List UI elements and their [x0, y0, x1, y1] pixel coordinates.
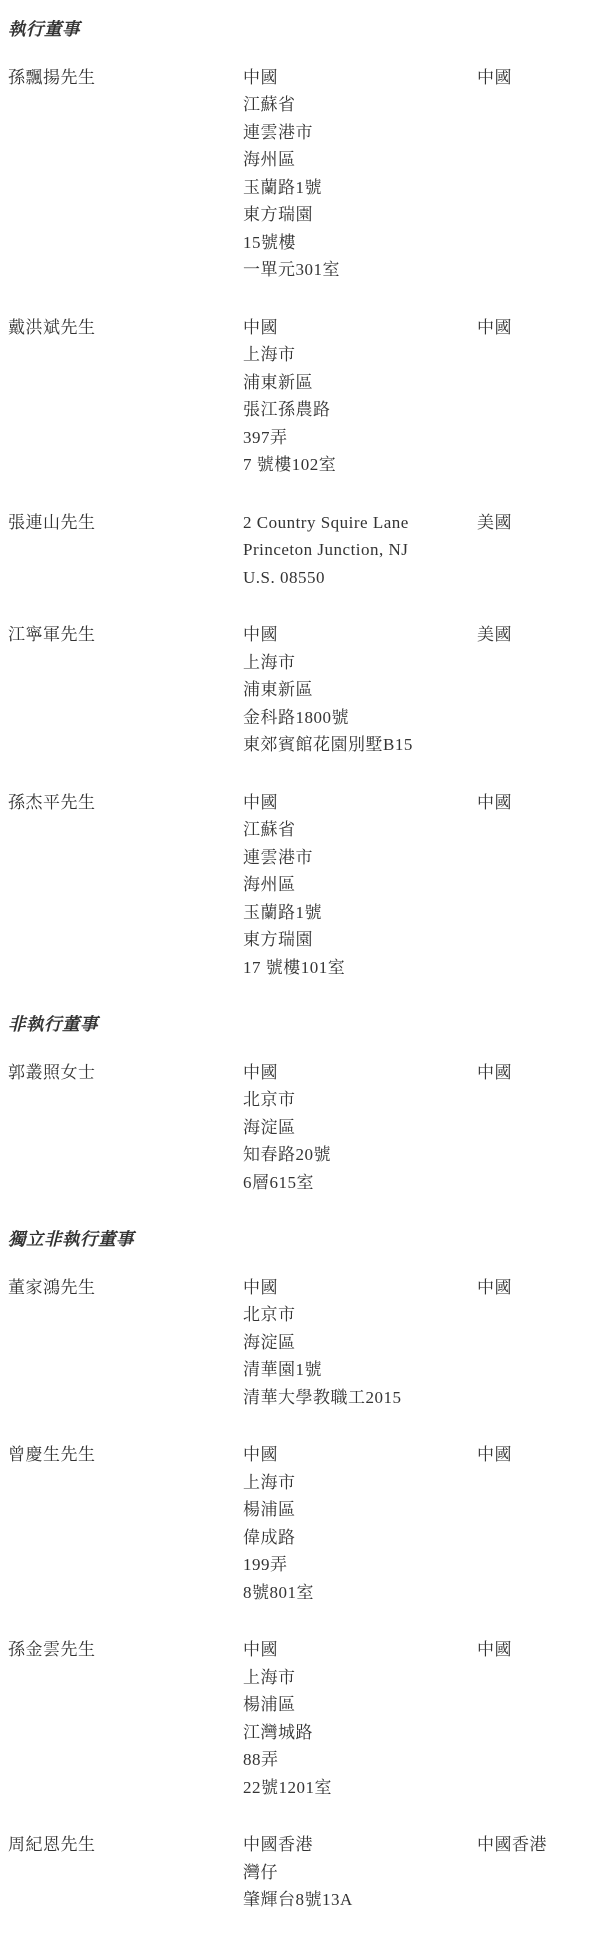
address-line: 上海市 — [243, 1469, 477, 1497]
director-address: 中國江蘇省連雲港市海州區玉蘭路1號東方瑞園17 號樓101室 — [243, 789, 477, 982]
director-section: 獨立非執行董事 董家鴻先生 中國北京市海淀區清華園1號清華大學教職工2015 中… — [8, 1226, 590, 1914]
address-line: 偉成路 — [243, 1524, 477, 1552]
director-address: 中國北京市海淀區知春路20號6層615室 — [243, 1059, 477, 1197]
address-line: 張江孫農路 — [243, 396, 477, 424]
director-name: 江寧軍先生 — [8, 621, 243, 649]
address-line: 海州區 — [243, 146, 477, 174]
address-line: 江灣城路 — [243, 1719, 477, 1747]
director-address: 中國上海市楊浦區偉成路199弄8號801室 — [243, 1441, 477, 1606]
director-nationality: 中國香港 — [477, 1831, 590, 1859]
director-row: 孫杰平先生 中國江蘇省連雲港市海州區玉蘭路1號東方瑞園17 號樓101室 中國 — [8, 789, 590, 982]
director-name: 孫杰平先生 — [8, 789, 243, 817]
address-line: 中國香港 — [243, 1831, 477, 1859]
address-line: 15號樓 — [243, 229, 477, 257]
address-line: 中國 — [243, 314, 477, 342]
address-line: 中國 — [243, 789, 477, 817]
address-line: 上海市 — [243, 1664, 477, 1692]
director-row: 孫飄揚先生 中國江蘇省連雲港市海州區玉蘭路1號東方瑞園15號樓一單元301室 中… — [8, 64, 590, 284]
director-nationality: 中國 — [477, 1059, 590, 1087]
director-nationality: 中國 — [477, 1441, 590, 1469]
address-line: 17 號樓101室 — [243, 954, 477, 982]
address-line: 楊浦區 — [243, 1691, 477, 1719]
address-line: 連雲港市 — [243, 844, 477, 872]
address-line: 6層615室 — [243, 1169, 477, 1197]
address-line: 海淀區 — [243, 1329, 477, 1357]
address-line: 金科路1800號 — [243, 704, 477, 732]
address-line: 中國 — [243, 1059, 477, 1087]
address-line: 397弄 — [243, 424, 477, 452]
director-nationality: 美國 — [477, 509, 590, 537]
address-line: 東方瑞園 — [243, 926, 477, 954]
address-line: 中國 — [243, 64, 477, 92]
address-line: Princeton Junction, NJ — [243, 536, 477, 564]
director-address: 中國香港灣仔肇輝台8號13A — [243, 1831, 477, 1914]
director-name: 曾慶生先生 — [8, 1441, 243, 1469]
director-row: 董家鴻先生 中國北京市海淀區清華園1號清華大學教職工2015 中國 — [8, 1274, 590, 1412]
address-line: 肇輝台8號13A — [243, 1886, 477, 1914]
section-heading: 執行董事 — [8, 16, 590, 44]
address-line: 7 號樓102室 — [243, 451, 477, 479]
director-name: 張連山先生 — [8, 509, 243, 537]
address-line: 東方瑞園 — [243, 201, 477, 229]
address-line: 8號801室 — [243, 1579, 477, 1607]
address-line: 北京市 — [243, 1086, 477, 1114]
section-rows: 孫飄揚先生 中國江蘇省連雲港市海州區玉蘭路1號東方瑞園15號樓一單元301室 中… — [8, 64, 590, 982]
address-line: 江蘇省 — [243, 816, 477, 844]
director-row: 江寧軍先生 中國上海市浦東新區金科路1800號東郊賓館花園別墅B15 美國 — [8, 621, 590, 759]
address-line: U.S. 08550 — [243, 564, 477, 592]
address-line: 中國 — [243, 1636, 477, 1664]
director-name: 周紀恩先生 — [8, 1831, 243, 1859]
address-line: 一單元301室 — [243, 256, 477, 284]
director-nationality: 中國 — [477, 1274, 590, 1302]
director-nationality: 中國 — [477, 789, 590, 817]
director-row: 孫金雲先生 中國上海市楊浦區江灣城路88弄22號1201室 中國 — [8, 1636, 590, 1801]
address-line: 199弄 — [243, 1551, 477, 1579]
director-address: 中國上海市浦東新區金科路1800號東郊賓館花園別墅B15 — [243, 621, 477, 759]
directors-list: 執行董事 孫飄揚先生 中國江蘇省連雲港市海州區玉蘭路1號東方瑞園15號樓一單元3… — [0, 0, 600, 1914]
address-line: 東郊賓館花園別墅B15 — [243, 731, 477, 759]
address-line: 2 Country Squire Lane — [243, 509, 477, 537]
section-heading: 獨立非執行董事 — [8, 1226, 590, 1254]
address-line: 浦東新區 — [243, 369, 477, 397]
address-line: 連雲港市 — [243, 119, 477, 147]
address-line: 江蘇省 — [243, 91, 477, 119]
director-name: 孫金雲先生 — [8, 1636, 243, 1664]
director-name: 郭叢照女士 — [8, 1059, 243, 1087]
address-line: 楊浦區 — [243, 1496, 477, 1524]
address-line: 上海市 — [243, 649, 477, 677]
director-nationality: 中國 — [477, 314, 590, 342]
address-line: 海州區 — [243, 871, 477, 899]
address-line: 灣仔 — [243, 1859, 477, 1887]
address-line: 北京市 — [243, 1301, 477, 1329]
address-line: 中國 — [243, 1274, 477, 1302]
director-address: 中國北京市海淀區清華園1號清華大學教職工2015 — [243, 1274, 477, 1412]
address-line: 清華園1號 — [243, 1356, 477, 1384]
director-section: 執行董事 孫飄揚先生 中國江蘇省連雲港市海州區玉蘭路1號東方瑞園15號樓一單元3… — [8, 16, 590, 981]
address-line: 上海市 — [243, 341, 477, 369]
director-row: 周紀恩先生 中國香港灣仔肇輝台8號13A 中國香港 — [8, 1831, 590, 1914]
section-rows: 董家鴻先生 中國北京市海淀區清華園1號清華大學教職工2015 中國 曾慶生先生 … — [8, 1274, 590, 1914]
director-nationality: 中國 — [477, 1636, 590, 1664]
director-nationality: 中國 — [477, 64, 590, 92]
director-row: 張連山先生 2 Country Squire LanePrinceton Jun… — [8, 509, 590, 592]
section-heading: 非執行董事 — [8, 1011, 590, 1039]
director-row: 郭叢照女士 中國北京市海淀區知春路20號6層615室 中國 — [8, 1059, 590, 1197]
director-name: 戴洪斌先生 — [8, 314, 243, 342]
director-name: 孫飄揚先生 — [8, 64, 243, 92]
address-line: 中國 — [243, 621, 477, 649]
address-line: 22號1201室 — [243, 1774, 477, 1802]
address-line: 中國 — [243, 1441, 477, 1469]
director-address: 中國江蘇省連雲港市海州區玉蘭路1號東方瑞園15號樓一單元301室 — [243, 64, 477, 284]
address-line: 知春路20號 — [243, 1141, 477, 1169]
director-address: 中國上海市浦東新區張江孫農路397弄7 號樓102室 — [243, 314, 477, 479]
address-line: 玉蘭路1號 — [243, 899, 477, 927]
address-line: 浦東新區 — [243, 676, 477, 704]
address-line: 清華大學教職工2015 — [243, 1384, 477, 1412]
director-address: 2 Country Squire LanePrinceton Junction,… — [243, 509, 477, 592]
address-line: 海淀區 — [243, 1114, 477, 1142]
section-rows: 郭叢照女士 中國北京市海淀區知春路20號6層615室 中國 — [8, 1059, 590, 1197]
director-address: 中國上海市楊浦區江灣城路88弄22號1201室 — [243, 1636, 477, 1801]
director-name: 董家鴻先生 — [8, 1274, 243, 1302]
director-section: 非執行董事 郭叢照女士 中國北京市海淀區知春路20號6層615室 中國 — [8, 1011, 590, 1196]
director-row: 戴洪斌先生 中國上海市浦東新區張江孫農路397弄7 號樓102室 中國 — [8, 314, 590, 479]
director-row: 曾慶生先生 中國上海市楊浦區偉成路199弄8號801室 中國 — [8, 1441, 590, 1606]
director-nationality: 美國 — [477, 621, 590, 649]
address-line: 88弄 — [243, 1746, 477, 1774]
address-line: 玉蘭路1號 — [243, 174, 477, 202]
